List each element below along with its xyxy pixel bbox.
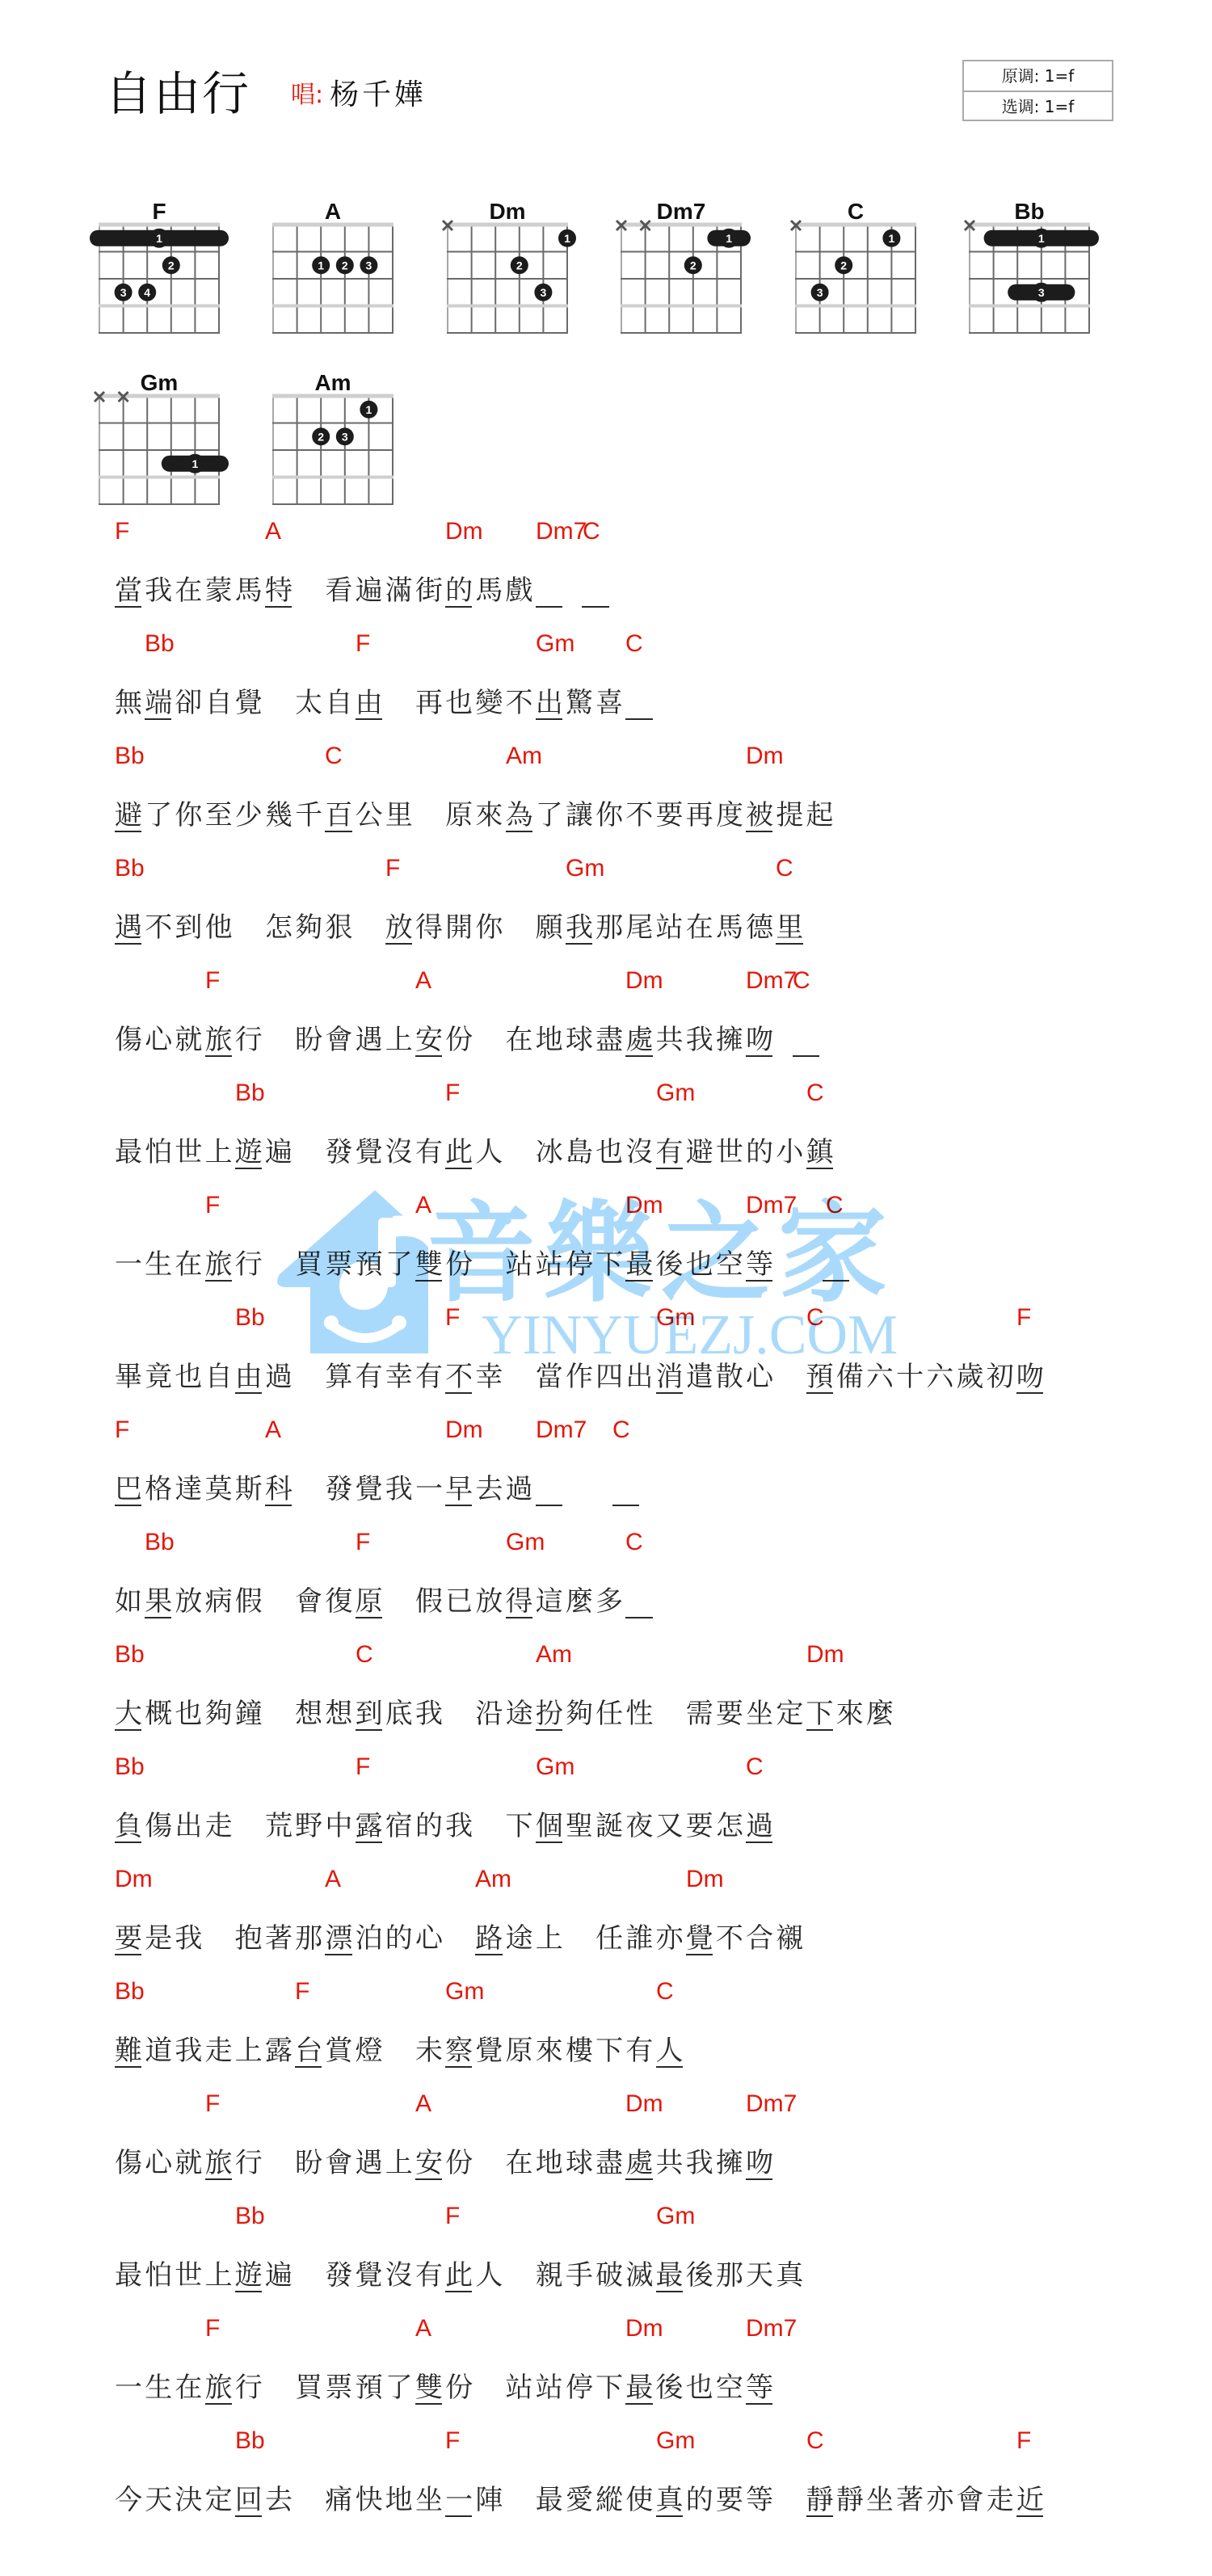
lyric-block: BbFGmC難道我走上露台賞燈 未察覺原來樓下有人	[0, 1961, 1212, 2073]
singer-label: 唱:	[291, 81, 323, 109]
lyric-line: 難道我走上露台賞燈 未察覺原來樓下有人	[115, 2034, 686, 2068]
fretboard-grid: 12	[605, 213, 757, 342]
lyric-text: 發覺我一	[295, 1472, 445, 1506]
chord-label: F	[115, 519, 129, 545]
lyric-text: 再也變不	[385, 686, 536, 720]
chord-anchor-text: 雙	[415, 2371, 445, 2405]
lyric-text: 道我走上露	[145, 2034, 295, 2068]
lyric-line: 最怕世上遊遍 發覺沒有此人 親手破滅最後那天真	[115, 2258, 806, 2292]
lyric-text: 份 在地球盡	[445, 2146, 625, 2180]
chord-label: Gm	[656, 2203, 695, 2229]
chord-label: Bb	[145, 631, 175, 657]
lyric-text	[776, 1248, 823, 1282]
fretboard-grid: 123	[431, 213, 583, 342]
lyric-block: FADmDm7C一生在旅行 買票預了雙份 站站停下最後也空等	[0, 1175, 1212, 1287]
chord-label: Dm	[445, 519, 483, 545]
chord-diagram-c: C123	[780, 199, 932, 354]
original-key: 原调: 1=f	[964, 61, 1112, 92]
finger-dot: 2	[684, 256, 702, 274]
lyric-text: 我在蒙馬	[145, 574, 265, 608]
lyric-text: 底我 沿途	[385, 1697, 536, 1731]
lyric-text: 遣散心	[686, 1360, 806, 1394]
chord-anchor-text: 不	[445, 1360, 475, 1394]
chord-anchor-text: 遊	[235, 2258, 265, 2292]
lyric-text	[566, 574, 583, 608]
fretboard-grid: 123	[257, 384, 409, 513]
chord-label: Dm7	[536, 519, 587, 545]
chord-anchor-text: 吻	[746, 1023, 776, 1057]
chord-anchor-text: 避	[115, 798, 145, 832]
chord-anchor-text: 的	[445, 574, 475, 608]
lyric-line: 傷心就旅行 盼會遇上安份 在地球盡處共我擁吻	[115, 1023, 823, 1057]
chord-anchor-text: 百	[325, 798, 355, 832]
lyric-line: 最怕世上遊遍 發覺沒有此人 冰島也沒有避世的小鎮	[115, 1135, 836, 1169]
chord-anchor-text: 安	[415, 1023, 445, 1057]
lyric-text: 一生在	[115, 1248, 205, 1282]
finger-number: 3	[541, 286, 547, 299]
lyric-text: 傷出走 荒野中	[145, 1809, 355, 1843]
lyric-block: BbFGm最怕世上遊遍 發覺沒有此人 親手破滅最後那天真	[0, 2186, 1212, 2298]
chord-label: Dm	[115, 1867, 153, 1892]
finger-dot: 2	[511, 256, 528, 274]
chord-label: Bb	[115, 1754, 145, 1780]
lyric-text: 靜坐著亦會走	[836, 2483, 1016, 2517]
barre-marker: 3	[1008, 283, 1075, 302]
lyric-line: 畢竟也自由過 算有幸有不幸 當作四出消遣散心 預備六十六歲初吻	[115, 1360, 1046, 1394]
chord-label: C	[583, 519, 600, 545]
finger-number: 2	[318, 430, 324, 443]
finger-number: 1	[156, 232, 162, 245]
chord-anchor-text	[793, 1023, 823, 1057]
chord-anchor-text: 台	[295, 2034, 325, 2068]
chord-label: A	[415, 1193, 431, 1219]
lyric-text: 不合襯	[716, 1921, 806, 1955]
chord-label: C	[806, 2428, 824, 2454]
lyric-block: BbFGmC遇不到他 怎夠狠 放得開你 願我那尾站在馬德里	[0, 838, 1212, 950]
lyric-text: 避世的小	[686, 1135, 806, 1169]
chord-diagram-a: A123	[257, 199, 409, 354]
lyric-text: 份 站站停下	[445, 1248, 625, 1282]
chord-label: C	[625, 631, 643, 657]
lyric-line: 遇不到他 怎夠狠 放得開你 願我那尾站在馬德里	[115, 911, 806, 945]
chord-anchor-text: 被	[746, 798, 776, 832]
lyric-text: 遍 發覺沒有	[265, 2258, 445, 2292]
finger-dot: 1	[882, 229, 900, 247]
chord-label: Dm7	[536, 1417, 587, 1443]
chord-label: A	[415, 968, 431, 994]
chord-label: F	[445, 1080, 460, 1106]
chord-label: Bb	[235, 2203, 265, 2229]
lyric-line: 一生在旅行 買票預了雙份 站站停下最後也空等	[115, 2371, 776, 2405]
singer-info: 唱:杨千嬅	[291, 79, 427, 112]
chord-label: Gm	[506, 1530, 545, 1555]
finger-dot: 3	[336, 427, 354, 445]
chord-label: Dm	[686, 1867, 724, 1892]
chord-anchor-text: 安	[415, 2146, 445, 2180]
lyric-text: 今天決定	[115, 2483, 235, 2517]
singer-name[interactable]: 杨千嬅	[330, 78, 427, 112]
chord-label: C	[612, 1417, 630, 1443]
chord-label: C	[826, 1193, 844, 1219]
lyric-text: 看遍滿街	[295, 574, 445, 608]
lyric-text: 假已放	[385, 1585, 506, 1618]
chord-label: C	[656, 1979, 674, 2005]
lyric-text	[566, 1472, 612, 1506]
finger-dot: 1	[360, 401, 377, 419]
lyric-block: BbFGmC如果放病假 會復原 假已放得這麼多	[0, 1512, 1212, 1624]
chord-anchor-text: 原	[356, 1585, 385, 1618]
finger-dot: 2	[835, 256, 852, 274]
chord-anchor-text: 漂	[325, 1921, 355, 1955]
lyric-text: 放病假 會復	[175, 1585, 355, 1618]
chord-diagram-dm: Dm123	[431, 199, 583, 354]
chord-anchor-text: 下	[806, 1697, 836, 1731]
lyric-text: 去 痛快地坐	[265, 2483, 445, 2517]
lyric-text	[776, 1023, 793, 1057]
chord-label: Gm	[536, 1754, 574, 1780]
chord-anchor-text: 最	[625, 2371, 655, 2405]
chord-label: C	[793, 968, 810, 994]
chord-anchor-text: 覺	[686, 1921, 716, 1955]
lyric-block: BbFGmC無端卻自覺 太自由 再也變不出驚喜	[0, 613, 1212, 726]
finger-number: 1	[564, 232, 570, 245]
finger-number: 3	[120, 286, 127, 299]
chord-anchor-text: 特	[265, 574, 295, 608]
chord-anchor-text: 等	[746, 1248, 776, 1282]
chord-label: Dm	[625, 968, 663, 994]
lyric-block: BbFGmC最怕世上遊遍 發覺沒有此人 冰島也沒有避世的小鎮	[0, 1063, 1212, 1175]
fretboard-grid: 1	[83, 384, 235, 513]
chord-label: Dm	[625, 1193, 663, 1219]
chord-label: C	[625, 1530, 643, 1555]
chord-anchor-text: 當	[115, 574, 145, 608]
chord-anchor-text: 路	[475, 1921, 505, 1955]
lyric-text: 賞燈 未	[325, 2034, 445, 2068]
chord-label: A	[265, 519, 281, 545]
lyric-line: 傷心就旅行 盼會遇上安份 在地球盡處共我擁吻	[115, 2146, 776, 2180]
lyric-text: 提起	[776, 798, 835, 832]
finger-number: 3	[817, 286, 823, 299]
chord-label: Gm	[656, 1080, 695, 1106]
finger-number: 1	[1038, 232, 1045, 245]
chord-label: Bb	[235, 1080, 265, 1106]
lyric-text: 行 盼會遇上	[235, 2146, 415, 2180]
lyric-block: FADmDm7一生在旅行 買票預了雙份 站站停下最後也空等	[0, 2298, 1212, 2410]
chord-label: F	[445, 2203, 460, 2229]
chord-anchor-text: 吻	[746, 2146, 776, 2180]
finger-number: 3	[342, 430, 348, 443]
finger-number: 3	[366, 259, 372, 271]
chord-anchor-text: 巴	[115, 1472, 145, 1506]
chord-label: F	[115, 1417, 129, 1443]
chord-anchor-text: 此	[445, 2258, 475, 2292]
chord-anchor-text: 要	[115, 1921, 145, 1955]
finger-number: 2	[516, 259, 523, 271]
chord-anchor-text: 最	[625, 1248, 655, 1282]
lyric-text: 共我擁	[656, 2146, 747, 2180]
lyric-text: 人 親手破滅	[475, 2258, 655, 2292]
lyric-line: 要是我 抱著那漂泊的心 路途上 任誰亦覺不合襯	[115, 1921, 806, 1955]
song-title: 自由行	[105, 65, 250, 123]
finger-number: 2	[342, 259, 348, 271]
lyric-text: 的要等	[686, 2483, 806, 2517]
lyric-text: 來麼	[836, 1697, 896, 1731]
chord-label: F	[445, 1305, 460, 1331]
chord-anchor-text: 吻	[1016, 1360, 1046, 1394]
chord-anchor-text: 旅	[205, 1248, 235, 1282]
chord-label: Dm7	[746, 2091, 797, 2117]
lyric-text: 備六十六歲初	[836, 1360, 1016, 1394]
lyric-text: 覺原來樓下有	[475, 2034, 655, 2068]
chord-anchor-text	[536, 574, 566, 608]
finger-dot: 1	[558, 229, 576, 247]
chord-label: Dm7	[746, 2316, 797, 2342]
chord-anchor-text: 由	[356, 686, 385, 720]
chord-label: C	[806, 1305, 824, 1331]
lyric-text: 卻自覺 太自	[175, 686, 355, 720]
chord-label: Am	[475, 1867, 511, 1892]
chord-label: F	[356, 1530, 370, 1555]
chord-anchor-text: 出	[536, 686, 566, 720]
chord-anchor-text: 我	[566, 911, 595, 945]
chord-label: C	[356, 1642, 373, 1668]
chord-anchor-text	[625, 686, 655, 720]
chord-anchor-text	[536, 1472, 566, 1506]
chord-anchor-text: 回	[235, 2483, 265, 2517]
chord-label: C	[746, 1754, 764, 1780]
lyric-block: BbFGmC負傷出走 荒野中露宿的我 下個聖誕夜又要怎過	[0, 1736, 1212, 1849]
chord-anchor-text: 此	[445, 1135, 475, 1169]
lyric-line: 巴格達莫斯科 發覺我一早去過	[115, 1472, 642, 1506]
chord-anchor-text: 鎮	[806, 1135, 836, 1169]
chord-anchor-text: 旅	[205, 2146, 235, 2180]
chord-anchor-text: 由	[235, 1360, 265, 1394]
lyric-text: 那尾站在馬德	[595, 911, 776, 945]
chord-label: Dm7	[746, 968, 797, 994]
lyric-text: 後也空	[656, 2371, 747, 2405]
chord-label: Dm	[625, 2316, 663, 2342]
lyric-text: 這麼多	[536, 1585, 626, 1618]
finger-number: 3	[1038, 286, 1045, 299]
chord-anchor-text: 個	[536, 1809, 566, 1843]
chord-anchor-text	[823, 1248, 852, 1282]
finger-number: 1	[889, 232, 895, 245]
chord-label: Am	[536, 1642, 572, 1668]
chord-anchor-text: 露	[356, 1809, 385, 1843]
finger-number: 1	[726, 232, 732, 245]
chord-label: Bb	[235, 2428, 265, 2454]
lyric-text: 是我 抱著那	[145, 1921, 325, 1955]
chord-label: Gm	[566, 856, 604, 882]
chord-anchor-text: 為	[506, 798, 536, 832]
chord-anchor-text: 早	[445, 1472, 475, 1506]
lyric-text: 最怕世上	[115, 1135, 235, 1169]
chord-anchor-text: 處	[625, 2146, 655, 2180]
chord-label: F	[205, 968, 220, 994]
lyric-text: 共我擁	[656, 1023, 747, 1057]
chord-label: Gm	[656, 1305, 695, 1331]
chord-anchor-text: 察	[445, 2034, 475, 2068]
lyric-text: 格達莫斯	[145, 1472, 265, 1506]
lyric-text: 不到他 怎夠狠	[145, 911, 385, 945]
lyric-text: 行 買票預了	[235, 1248, 415, 1282]
chord-label: Bb	[145, 1530, 175, 1555]
finger-dot: 2	[336, 256, 354, 274]
finger-number: 4	[144, 286, 150, 299]
finger-number: 2	[840, 259, 847, 271]
chord-sheet-page: 自由行 唱:杨千嬅 原调: 1=f 选调: 1=f F1234A123Dm123…	[0, 0, 1212, 2576]
chord-anchor-text: 遇	[115, 911, 145, 945]
lyric-block: DmAAmDm要是我 抱著那漂泊的心 路途上 任誰亦覺不合襯	[0, 1849, 1212, 1961]
lyric-line: 今天決定回去 痛快地坐一陣 最愛縱使真的要等 靜靜坐著亦會走近	[115, 2483, 1046, 2517]
chord-anchor-text: 果	[145, 1585, 175, 1618]
chord-anchor-text	[625, 1585, 655, 1618]
chord-anchor-text: 等	[746, 2371, 776, 2405]
finger-number: 2	[690, 259, 696, 271]
chord-anchor-text: 扮	[536, 1697, 566, 1731]
barre-marker: 1	[984, 229, 1099, 248]
lyric-text: 行 盼會遇上	[235, 1023, 415, 1057]
finger-number: 2	[168, 259, 175, 271]
finger-number: 1	[318, 259, 324, 271]
lyric-line: 當我在蒙馬特 看遍滿街的馬戲	[115, 574, 612, 608]
chord-anchor-text: 得	[506, 1585, 536, 1618]
lyric-block: FADmDm7傷心就旅行 盼會遇上安份 在地球盡處共我擁吻	[0, 2073, 1212, 2186]
fretboard-grid: 1234	[83, 213, 235, 342]
chord-anchor-text: 最	[656, 2258, 686, 2292]
chord-anchor-text: 端	[145, 686, 175, 720]
chord-label: A	[325, 1867, 341, 1892]
lyric-text: 傷心就	[115, 1023, 205, 1057]
lyric-line: 無端卻自覺 太自由 再也變不出驚喜	[115, 686, 656, 720]
fretboard-grid: 123	[257, 213, 409, 342]
lyric-text: 公里 原來	[356, 798, 506, 832]
chord-anchor-text	[582, 574, 612, 608]
chord-label: F	[205, 2316, 220, 2342]
lyric-text: 得開你 願	[415, 911, 566, 945]
chord-label: Gm	[536, 631, 574, 657]
chord-anchor-text: 靜	[806, 2483, 836, 2517]
finger-number: 1	[366, 403, 372, 416]
barre-marker: 1	[707, 229, 751, 248]
barre-marker: 1	[90, 229, 229, 248]
chord-anchor-text: 雙	[415, 1248, 445, 1282]
chord-anchor-text	[612, 1472, 642, 1506]
lyric-text: 馬戲	[475, 574, 535, 608]
lyric-text: 了你至少幾千	[145, 798, 325, 832]
lyric-text: 後也空	[656, 1248, 747, 1282]
chord-label: A	[415, 2091, 431, 2117]
lyric-line: 如果放病假 會復原 假已放得這麼多	[115, 1585, 656, 1618]
lyric-line: 避了你至少幾千百公里 原來為了讓你不要再度被提起	[115, 798, 836, 832]
chord-anchor-text: 放	[385, 911, 415, 945]
chord-label: F	[356, 1754, 370, 1780]
chord-label: Gm	[656, 2428, 695, 2454]
chord-anchor-text: 處	[625, 1023, 655, 1057]
chord-label: Bb	[115, 743, 145, 769]
lyric-text: 了讓你不要再度	[536, 798, 746, 832]
chord-anchor-text: 難	[115, 2034, 145, 2068]
chord-label: F	[385, 856, 400, 882]
chord-label: A	[415, 2316, 431, 2342]
lyric-text: 途上 任誰亦	[506, 1921, 686, 1955]
lyric-text: 概也夠鐘 想想	[145, 1697, 355, 1731]
finger-dot: 4	[138, 284, 156, 301]
lyric-text: 畢竟也自	[115, 1360, 235, 1394]
chord-label: F	[205, 2091, 220, 2117]
lyric-text: 如	[115, 1585, 145, 1618]
chord-anchor-text: 遊	[235, 1135, 265, 1169]
chord-label: C	[806, 1080, 824, 1106]
chord-anchor-text: 里	[776, 911, 806, 945]
chord-label: F	[445, 2428, 460, 2454]
finger-dot: 2	[162, 256, 180, 274]
lyric-block: BbCAmDm大概也夠鐘 想想到底我 沿途扮夠任性 需要坐定下來麼	[0, 1624, 1212, 1736]
chord-anchor-text: 旅	[205, 2371, 235, 2405]
lyric-block: BbCAmDm避了你至少幾千百公里 原來為了讓你不要再度被提起	[0, 726, 1212, 838]
finger-dot: 3	[360, 256, 377, 274]
chord-label: F	[356, 631, 370, 657]
fretboard-grid: 13	[953, 213, 1105, 342]
chord-label: Bb	[115, 1979, 145, 2005]
lyric-line: 大概也夠鐘 想想到底我 沿途扮夠任性 需要坐定下來麼	[115, 1697, 896, 1731]
chord-label: C	[776, 856, 793, 882]
lyric-block: FADmDm7C傷心就旅行 盼會遇上安份 在地球盡處共我擁吻	[0, 950, 1212, 1063]
lyric-line: 負傷出走 荒野中露宿的我 下個聖誕夜又要怎過	[115, 1809, 776, 1843]
chord-label: A	[265, 1417, 281, 1443]
chord-anchor-text: 近	[1016, 2483, 1046, 2517]
chord-label: Dm	[625, 2091, 663, 2117]
chord-label: Am	[506, 743, 542, 769]
chord-label: Gm	[445, 1979, 484, 2005]
lyric-text: 後那天真	[686, 2258, 806, 2292]
lyric-text: 最怕世上	[115, 2258, 235, 2292]
lyric-text: 份 站站停下	[445, 2371, 625, 2405]
chord-anchor-text: 科	[265, 1472, 295, 1506]
lyric-text: 驚喜	[566, 686, 625, 720]
chord-anchor-text: 消	[656, 1360, 686, 1394]
chord-anchor-text: 負	[115, 1809, 145, 1843]
chord-label: Dm	[445, 1417, 483, 1443]
chord-anchor-text: 真	[656, 2483, 686, 2517]
lyric-text: 人 冰島也沒	[475, 1135, 655, 1169]
finger-dot: 3	[534, 284, 552, 301]
finger-dot: 3	[811, 284, 829, 301]
chord-label: Bb	[115, 856, 145, 882]
lyric-block: BbFGmCF今天決定回去 痛快地坐一陣 最愛縱使真的要等 靜靜坐著亦會走近	[0, 2410, 1212, 2523]
finger-number: 1	[192, 457, 199, 470]
chord-diagram-bb: Bb13	[953, 199, 1105, 354]
chord-label: Dm	[746, 743, 784, 769]
lyric-text: 夠任性 需要坐定	[566, 1697, 806, 1731]
finger-dot: 1	[312, 256, 330, 274]
chord-anchor-text: 有	[656, 1135, 686, 1169]
chord-anchor-text: 預	[806, 1360, 836, 1394]
selected-key[interactable]: 选调: 1=f	[964, 92, 1112, 121]
chord-label: Dm7	[746, 1193, 797, 1219]
finger-dot: 2	[312, 427, 330, 445]
lyric-line: 一生在旅行 買票預了雙份 站站停下最後也空等	[115, 1248, 852, 1282]
fretboard-grid: 123	[780, 213, 932, 342]
chord-diagram-f: F1234	[83, 199, 235, 354]
lyric-text: 一生在	[115, 2371, 205, 2405]
lyric-text: 幸 當作四出	[475, 1360, 655, 1394]
barre-marker: 1	[162, 454, 229, 474]
chord-label: F	[295, 1979, 309, 2005]
lyric-text: 遍 發覺沒有	[265, 1135, 445, 1169]
chord-anchor-text: 大	[115, 1697, 145, 1731]
lyric-text: 陣 最愛縱使	[475, 2483, 655, 2517]
